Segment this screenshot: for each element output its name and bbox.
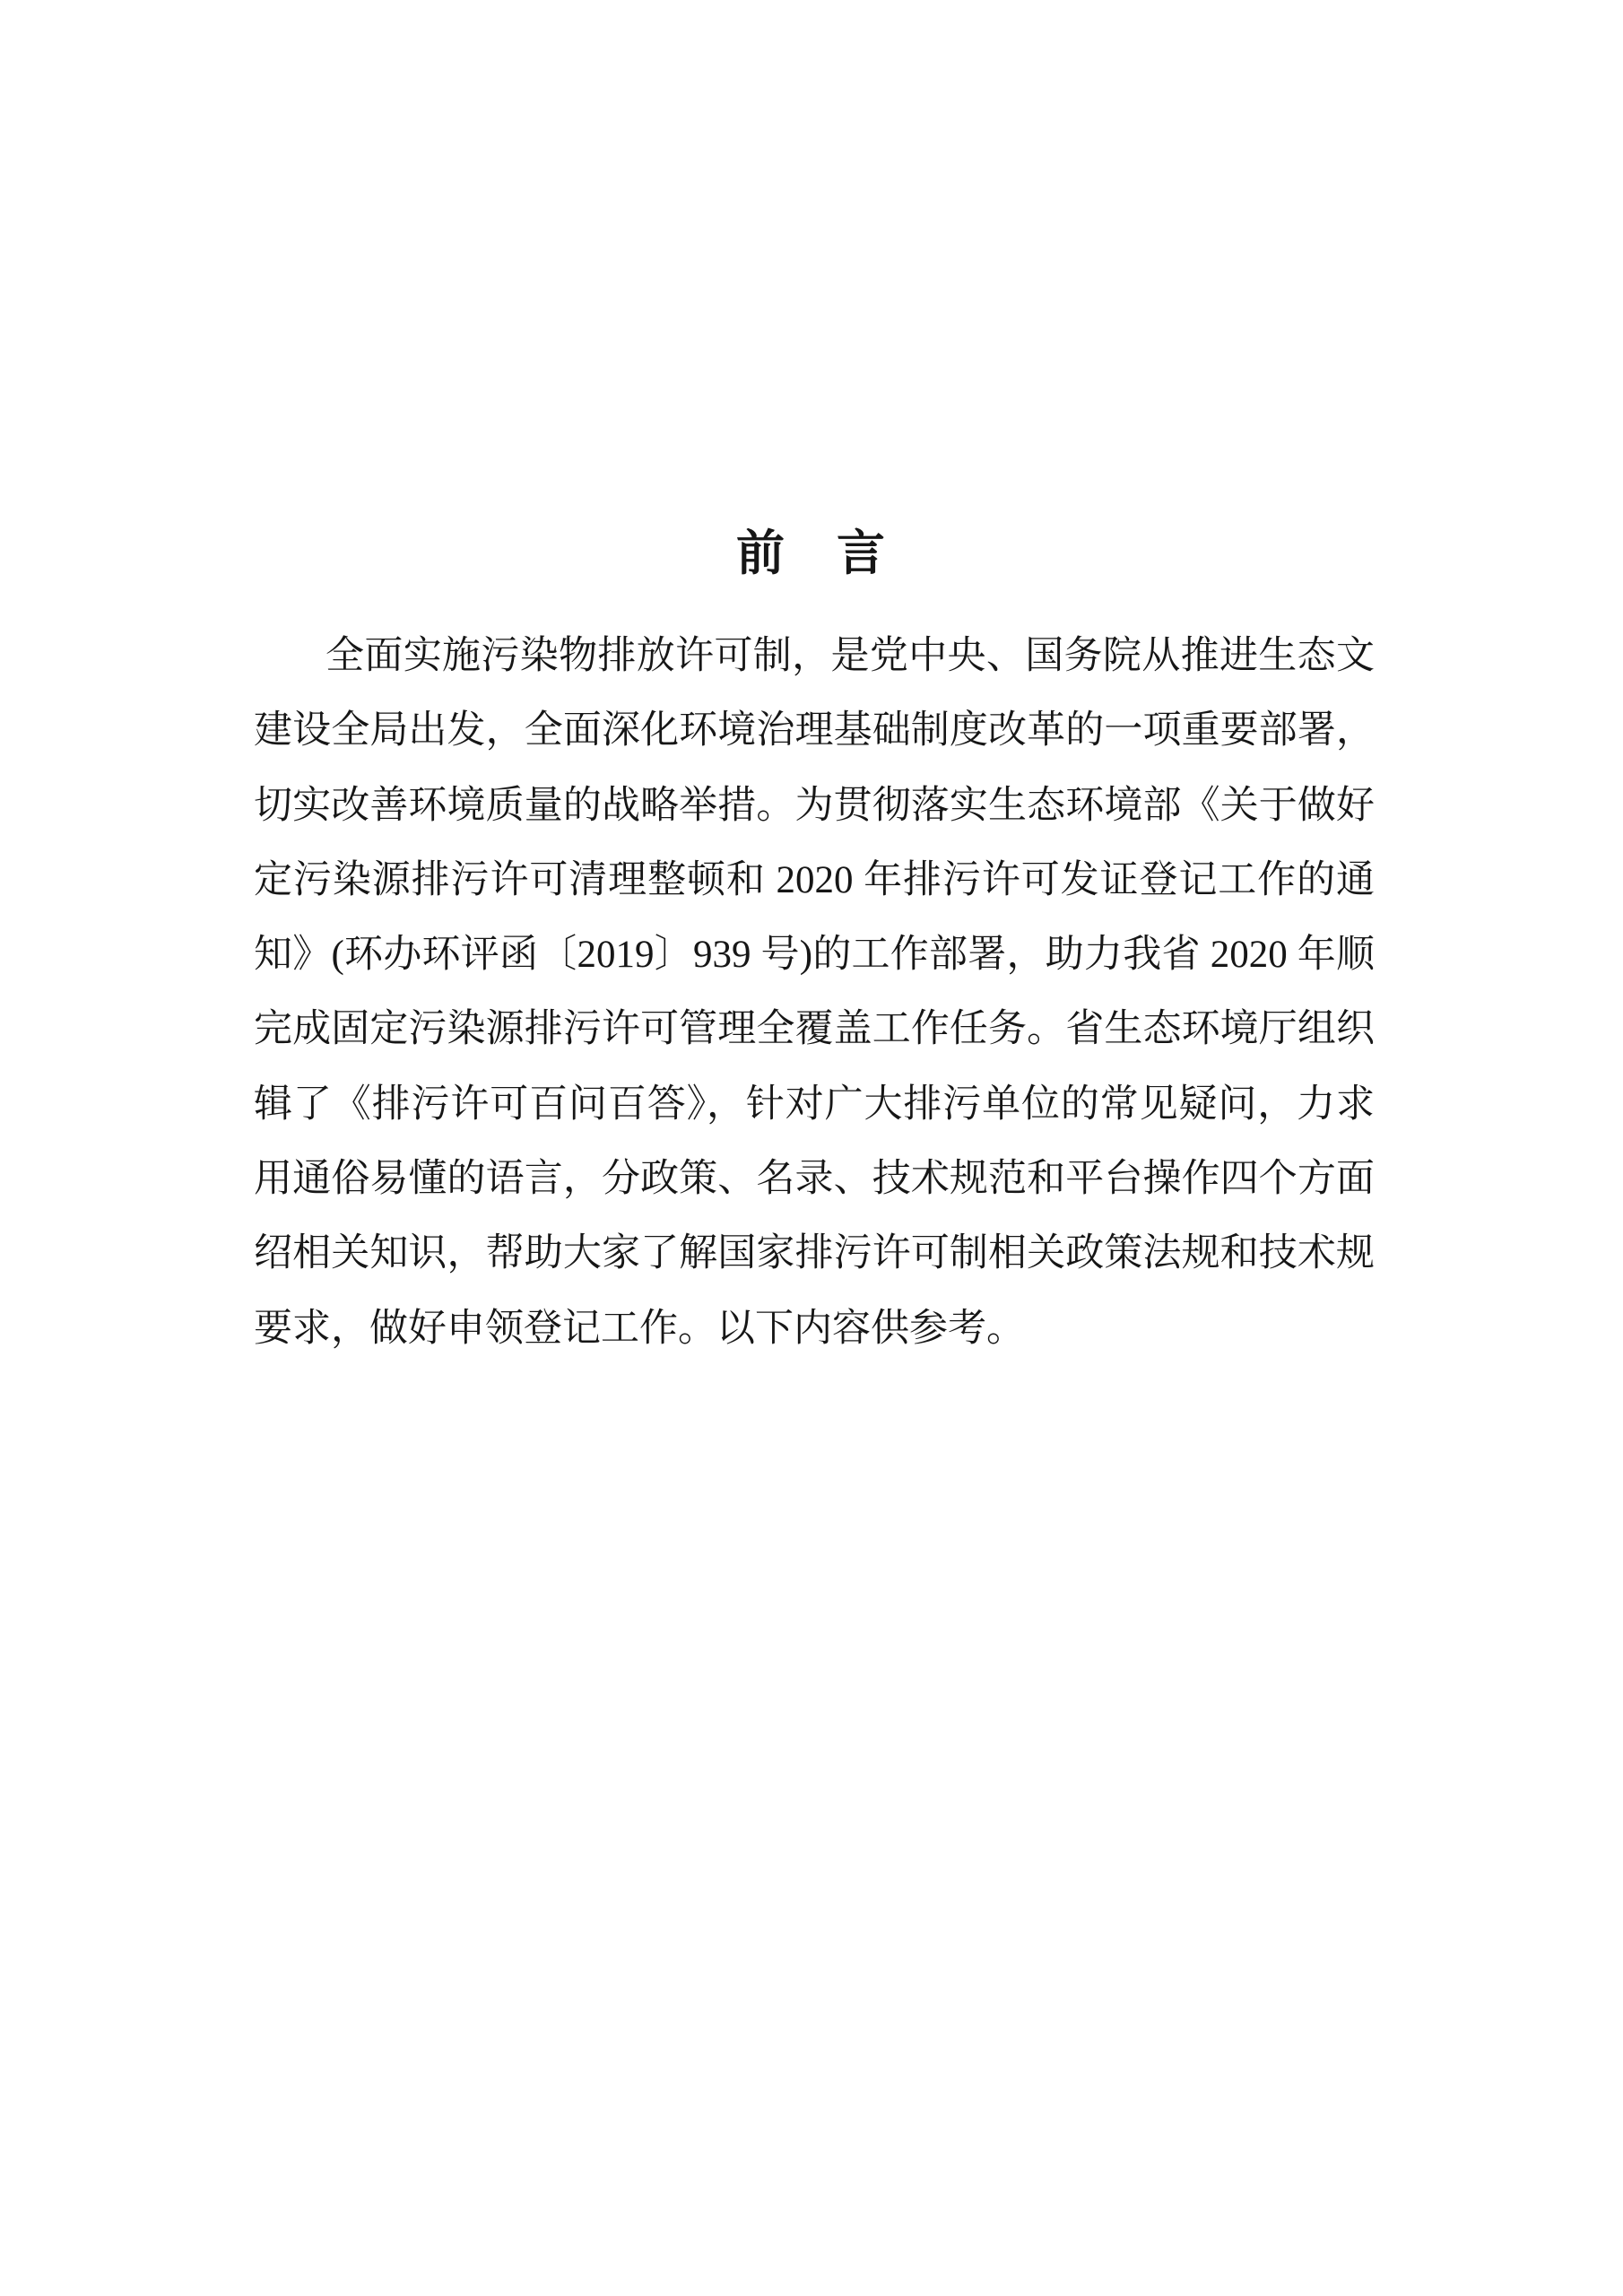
paragraph-line: 知》(环办环评函〔2019〕939 号)的工作部署，助力我省 2020 年顺利 (254, 918, 1375, 992)
paragraph-line: 完成固定污染源排污许可管理全覆盖工作任务。省生态环境厅组织编 (254, 992, 1375, 1066)
paragraph-line: 辑了《排污许可百问百答》，针对广大排污单位的常见疑问，力求采 (254, 1067, 1375, 1142)
paragraph-line: 用通俗易懂的语言，分政策、名录、技术规范和平台操作四个方面介 (254, 1142, 1375, 1216)
preface-paragraph: 全面实施污染物排放许可制，是党中央、国务院从推进生态文明 建设全局出发，全面深化… (254, 619, 1375, 1366)
document-page: 前 言 全面实施污染物排放许可制，是党中央、国务院从推进生态文明 建设全局出发，… (0, 0, 1623, 2296)
paragraph-line: 切实改善环境质量的战略举措。为贯彻落实生态环境部《关于做好固 (254, 769, 1375, 843)
page-title: 前 言 (0, 527, 1623, 580)
paragraph-line: 绍相关知识，帮助大家了解国家排污许可制相关政策法规和技术规范 (254, 1216, 1375, 1291)
paragraph-line: 定污染源排污许可清理整顿和 2020 年排污许可发证登记工作的通 (254, 843, 1375, 918)
paragraph-line: 全面实施污染物排放许可制，是党中央、国务院从推进生态文明 (254, 619, 1375, 693)
paragraph-line: 建设全局出发，全面深化环境治理基础制度改革的一项重要部署，是 (254, 693, 1375, 768)
paragraph-line: 要求，做好申领登记工作。以下内容供参考。 (254, 1291, 1375, 1366)
